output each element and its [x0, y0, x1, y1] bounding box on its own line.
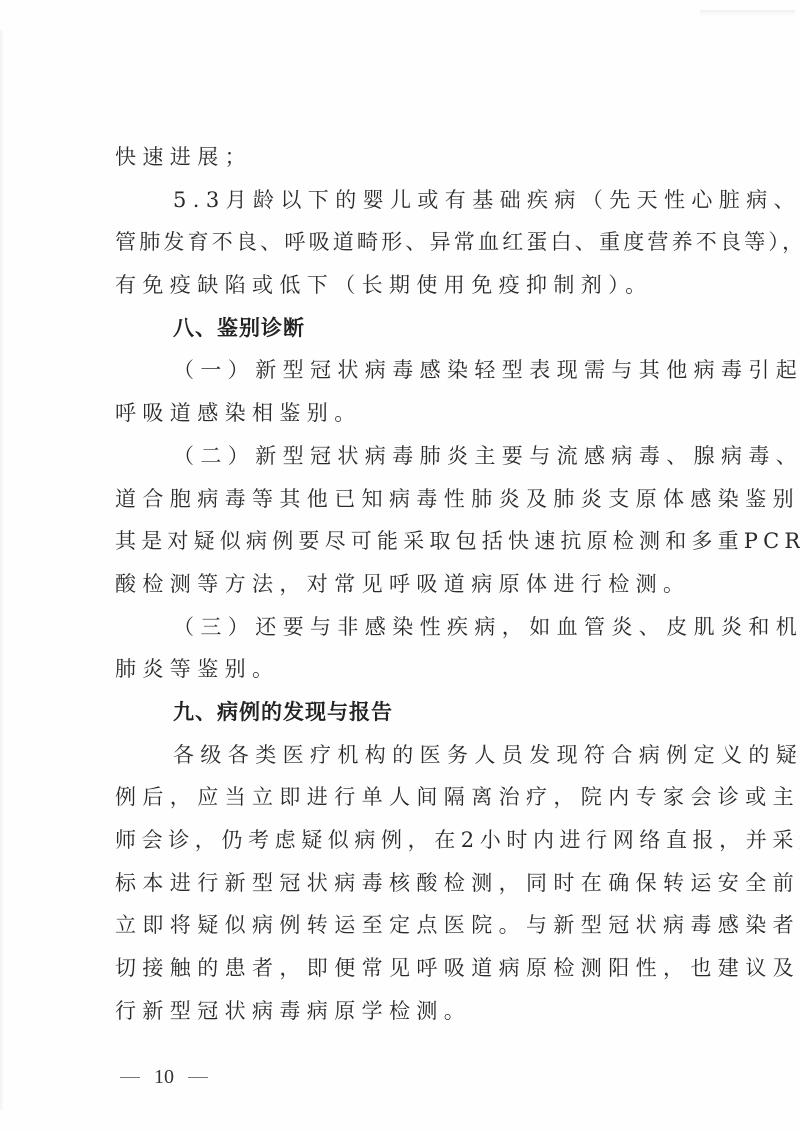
text-line: 道合胞病毒等其他已知病毒性肺炎及肺炎支原体感染鉴别，尤: [115, 478, 675, 521]
text-line: 有免疫缺陷或低下（长期使用免疫抑制剂）。: [115, 264, 675, 307]
text-line: 切接触的患者，即便常见呼吸道病原检测阳性，也建议及时进: [115, 947, 675, 990]
text-line: 5.3月龄以下的婴儿或有基础疾病（先天性心脏病、支气: [115, 179, 675, 222]
text-line: 各级各类医疗机构的医务人员发现符合病例定义的疑似病: [115, 734, 675, 777]
text-line: （二）新型冠状病毒肺炎主要与流感病毒、腺病毒、呼吸: [115, 435, 675, 478]
text-line: 肺炎等鉴别。: [115, 648, 675, 691]
text-line: 酸检测等方法，对常见呼吸道病原体进行检测。: [115, 563, 675, 606]
document-body: 快速进展； 5.3月龄以下的婴儿或有基础疾病（先天性心脏病、支气 管肺发育不良、…: [115, 136, 675, 1032]
text-line: 其是对疑似病例要尽可能采取包括快速抗原检测和多重PCR核: [115, 520, 675, 563]
text-line: 行新型冠状病毒病原学检测。: [115, 990, 675, 1033]
text-line: 师会诊，仍考虑疑似病例，在2小时内进行网络直报，并采集: [115, 819, 675, 862]
dash-right: [188, 1077, 208, 1078]
section-heading-differential-diagnosis: 八、鉴别诊断: [115, 307, 675, 350]
section-heading-case-reporting: 九、病例的发现与报告: [115, 691, 675, 734]
text-line: 例后，应当立即进行单人间隔离治疗，院内专家会诊或主诊医: [115, 776, 675, 819]
text-line: 管肺发育不良、呼吸道畸形、异常血红蛋白、重度营养不良等），: [115, 221, 675, 264]
scan-shadow-left: [0, 30, 4, 1110]
document-page: 快速进展； 5.3月龄以下的婴儿或有基础疾病（先天性心脏病、支气 管肺发育不良、…: [0, 0, 800, 1131]
page-number: 10: [154, 1066, 174, 1089]
scan-shadow-top: [700, 10, 795, 16]
text-line: （三）还要与非感染性疾病，如血管炎、皮肌炎和机化性: [115, 606, 675, 649]
text-line: 快速进展；: [115, 136, 675, 179]
text-line: 标本进行新型冠状病毒核酸检测，同时在确保转运安全前提下: [115, 862, 675, 905]
dash-left: [120, 1077, 140, 1078]
text-line: （一）新型冠状病毒感染轻型表现需与其他病毒引起的上: [115, 349, 675, 392]
text-line: 呼吸道感染相鉴别。: [115, 392, 675, 435]
page-number-footer: 10: [120, 1066, 208, 1089]
text-line: 立即将疑似病例转运至定点医院。与新型冠状病毒感染者有密: [115, 904, 675, 947]
